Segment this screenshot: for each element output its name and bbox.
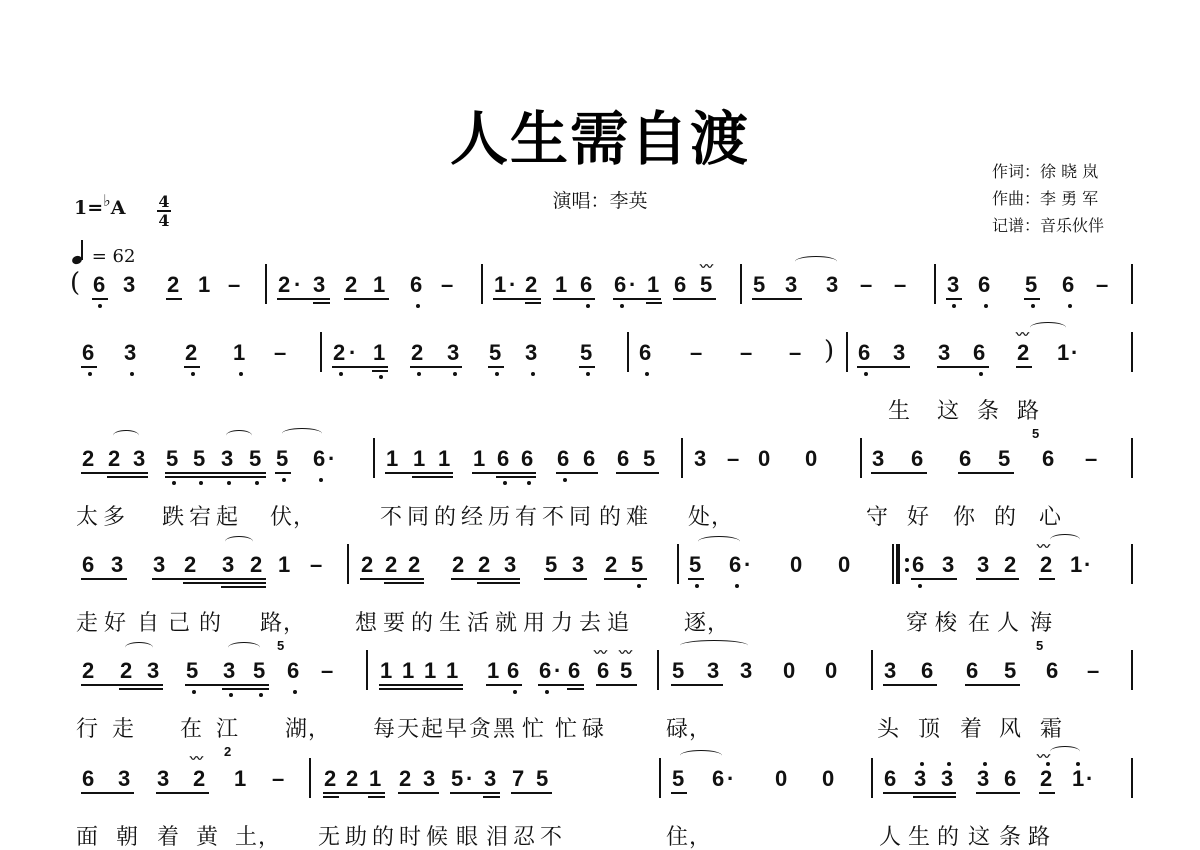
low-dot — [952, 304, 956, 308]
note: 5 — [643, 446, 655, 472]
lyric: 的 — [372, 820, 395, 850]
underline — [165, 472, 266, 474]
note: 5 — [536, 766, 548, 792]
note: 3 — [124, 340, 136, 366]
mordent-icon: 〰 — [619, 642, 629, 661]
note: 3 — [504, 552, 516, 578]
note: 6 — [497, 446, 509, 472]
note: 5 — [186, 658, 198, 684]
high-dot — [1076, 762, 1080, 766]
note: 1 — [446, 658, 458, 684]
note: 5 — [998, 446, 1010, 472]
barline — [1131, 264, 1133, 304]
transcriber-credit: 记谱：音乐伙伴 — [992, 212, 1104, 239]
low-dot — [199, 481, 203, 485]
dash: – — [228, 272, 240, 298]
note: 6 — [82, 766, 94, 792]
lyric: 在 — [968, 606, 991, 637]
underline — [553, 298, 595, 300]
lyric: 追 — [607, 606, 630, 637]
barline — [1131, 544, 1133, 584]
underline — [185, 684, 269, 686]
slur — [125, 642, 153, 653]
note: 5 — [672, 658, 684, 684]
dot: · — [349, 340, 356, 366]
low-dot — [293, 690, 297, 694]
note: 2 — [1040, 552, 1052, 578]
underline — [496, 476, 536, 478]
note: 3 — [222, 552, 234, 578]
low-dot — [586, 304, 590, 308]
low-dot — [227, 481, 231, 485]
lyric: 着 — [157, 820, 180, 850]
lyric: 天 — [397, 712, 420, 743]
rest: 0 — [825, 658, 837, 684]
low-dot — [453, 372, 457, 376]
low-dot — [192, 690, 196, 694]
underline — [871, 472, 927, 474]
note: 1 — [473, 446, 485, 472]
note: 2 — [333, 340, 345, 366]
lyric: 历 — [488, 500, 511, 531]
dash: – — [1096, 272, 1108, 298]
barline — [265, 264, 267, 304]
underline — [384, 582, 424, 584]
lyric: 江 — [216, 712, 239, 743]
barline — [373, 438, 375, 478]
note: 6 — [912, 552, 924, 578]
barline — [1131, 650, 1133, 690]
note: 3 — [694, 446, 706, 472]
note: 3 — [123, 272, 135, 298]
open-paren: ( — [70, 268, 80, 298]
barline — [846, 332, 848, 372]
slur — [228, 642, 260, 653]
note: 5 — [753, 272, 765, 298]
low-dot — [339, 372, 343, 376]
low-dot — [645, 372, 649, 376]
underline — [107, 476, 148, 478]
underline — [937, 366, 989, 368]
underline — [379, 688, 463, 690]
lyric: 忙 — [555, 712, 578, 743]
note: 5 — [489, 340, 501, 366]
slur — [225, 536, 253, 547]
slur — [1050, 534, 1080, 545]
note: 6 — [617, 446, 629, 472]
dot: · — [554, 658, 561, 684]
lyric: 早 — [445, 712, 468, 743]
dash: – — [789, 340, 801, 366]
lyric: 黑 — [493, 712, 516, 743]
lyric: 忍 — [513, 820, 536, 850]
underline — [671, 684, 723, 686]
dot: · — [1071, 340, 1078, 366]
barline — [481, 264, 483, 304]
low-dot — [379, 375, 383, 379]
note: 6 — [639, 340, 651, 366]
note: 3 — [707, 658, 719, 684]
barline — [740, 264, 742, 304]
note: 2 — [1040, 766, 1052, 792]
note: 1 — [198, 272, 210, 298]
note: 6 — [1004, 766, 1016, 792]
lyric: 自 — [137, 606, 160, 637]
lyric: 去 — [579, 606, 602, 637]
underline — [913, 796, 956, 798]
note: 1 — [1057, 340, 1069, 366]
lyric: 贪 — [469, 712, 492, 743]
underline — [752, 298, 802, 300]
note: 2 — [411, 340, 423, 366]
barline — [347, 544, 349, 584]
note: 3 — [133, 446, 145, 472]
dash: – — [321, 658, 333, 684]
lyric: 助 — [345, 820, 368, 850]
lyricist-credit: 作词：徐 晓 岚 — [992, 158, 1104, 185]
notes-row-3: 2 2 3 5 5 3 5 5 6 · 1 1 1 1 6 6 6 6 6 5 — [0, 436, 1200, 486]
underline — [673, 298, 716, 300]
rest: 0 — [822, 766, 834, 792]
note: 6 — [568, 658, 580, 684]
low-dot — [735, 584, 739, 588]
note: 2 — [193, 766, 205, 792]
note: 6 — [674, 272, 686, 298]
time-signature: 4 4 — [157, 193, 171, 229]
low-dot — [503, 481, 507, 485]
lyric: 这 — [968, 820, 991, 850]
note: 1 — [1070, 552, 1082, 578]
dot: · — [328, 446, 335, 472]
underline — [613, 298, 661, 300]
barline — [1131, 438, 1133, 478]
underline — [410, 366, 462, 368]
underline — [857, 366, 910, 368]
underline — [81, 684, 163, 686]
note: 3 — [947, 272, 959, 298]
underline — [525, 302, 541, 304]
repeat-dot — [905, 558, 909, 562]
lyric: 黄 — [196, 820, 219, 850]
dot: · — [294, 272, 301, 298]
note: 2 — [478, 552, 490, 578]
slur — [226, 430, 252, 441]
low-dot — [563, 478, 567, 482]
lyric: 的 — [411, 606, 434, 637]
note: 2 — [82, 658, 94, 684]
barline — [657, 650, 659, 690]
lyric: 时 — [399, 820, 422, 850]
note: 2 — [278, 272, 290, 298]
note: 2 — [324, 766, 336, 792]
dash: – — [1085, 446, 1097, 472]
mordent-icon: 〰 — [190, 748, 200, 767]
time-bottom: 4 — [157, 212, 171, 229]
lyric: 这 — [937, 394, 960, 425]
note: 3 — [484, 766, 496, 792]
note: 3 — [977, 552, 989, 578]
lyric: 的 — [434, 500, 457, 531]
note: 3 — [111, 552, 123, 578]
dash: – — [1087, 658, 1099, 684]
note: 3 — [157, 766, 169, 792]
note: 5 — [631, 552, 643, 578]
lyric: 起 — [216, 500, 239, 531]
underline — [360, 578, 424, 580]
note: 2 — [82, 446, 94, 472]
note: 1 — [380, 658, 392, 684]
note: 6 — [410, 272, 422, 298]
note: 1 — [234, 766, 246, 792]
slur — [680, 640, 748, 651]
underline — [277, 298, 330, 300]
note: 5 — [620, 658, 632, 684]
low-dot — [191, 372, 195, 376]
dot: · — [1084, 552, 1091, 578]
note: 5 — [276, 446, 288, 472]
note: 3 — [893, 340, 905, 366]
note: 3 — [223, 658, 235, 684]
lyric: 多 — [103, 500, 126, 531]
flat-icon: ♭ — [103, 191, 111, 210]
note: 6 — [521, 446, 533, 472]
dot: · — [629, 272, 636, 298]
lyric: 路 — [1017, 394, 1040, 425]
notes-row-4: 6 3 3 2 3 2 1 – 2 2 2 2 2 3 5 3 2 5 5 6 … — [0, 542, 1200, 592]
lyric: 路， — [260, 606, 306, 637]
underline — [488, 366, 504, 368]
lyric: 碌， — [666, 712, 712, 743]
note: 5 — [1004, 658, 1016, 684]
lyric: 风 — [999, 712, 1022, 743]
lyric: 心 — [1039, 500, 1062, 531]
note: 1 — [413, 446, 425, 472]
underline — [221, 586, 266, 588]
low-dot — [282, 478, 286, 482]
note: 3 — [147, 658, 159, 684]
slur — [113, 430, 139, 441]
lyric: 守 — [866, 500, 889, 531]
notes-row-1: ( 6 3 2 1 – 2 · 3 2 1 6 – 1 · 2 1 6 6 · … — [0, 262, 1200, 312]
note: 1 — [233, 340, 245, 366]
note: 2 — [361, 552, 373, 578]
underline — [671, 792, 687, 794]
lyric: 好 — [104, 606, 127, 637]
high-dot — [920, 762, 924, 766]
note: 1 — [373, 272, 385, 298]
underline — [958, 472, 1014, 474]
dash: – — [860, 272, 872, 298]
lyric: 同 — [569, 500, 592, 531]
low-dot — [172, 481, 176, 485]
low-dot — [1031, 304, 1035, 308]
note: 3 — [872, 446, 884, 472]
lyric: 梭 — [935, 606, 958, 637]
note: 5 — [253, 658, 265, 684]
lyric: 路 — [1028, 820, 1051, 850]
lyric: 不 — [540, 820, 563, 850]
lyric: 走 — [76, 606, 99, 637]
lyric: 穿 — [906, 606, 929, 637]
notes-row-2: 6 3 2 1 – 2 · 1 2 3 5 3 5 6 – – – — [0, 330, 1200, 380]
low-dot — [88, 372, 92, 376]
mordent-icon: 〰 — [1037, 746, 1047, 765]
note: 6 — [313, 446, 325, 472]
rest: 0 — [790, 552, 802, 578]
dot: · — [509, 272, 516, 298]
lyric: 湖， — [285, 712, 331, 743]
lyric: 走 — [112, 712, 135, 743]
underline — [616, 472, 659, 474]
note: 5 — [700, 272, 712, 298]
underline — [477, 582, 520, 584]
note: 6 — [580, 272, 592, 298]
lyric: 霜 — [1040, 712, 1063, 743]
underline — [486, 684, 522, 686]
note: 3 — [447, 340, 459, 366]
lyric: 难 — [626, 500, 649, 531]
underline — [372, 370, 388, 372]
low-dot — [984, 304, 988, 308]
underline — [398, 792, 439, 794]
dash: – — [274, 340, 286, 366]
grace-note: 5 — [277, 638, 284, 653]
low-dot — [545, 690, 549, 694]
lyric: 生 — [908, 820, 931, 850]
lyric: 处， — [688, 500, 734, 531]
key-prefix: 1= — [74, 197, 103, 219]
rest: 0 — [758, 446, 770, 472]
lyric: 逐， — [684, 606, 730, 637]
underline — [646, 302, 662, 304]
note: 2 — [525, 272, 537, 298]
note: 3 — [914, 766, 926, 792]
note: 6 — [287, 658, 299, 684]
note: 3 — [942, 552, 954, 578]
underline — [81, 578, 127, 580]
lyric: 太 — [76, 500, 99, 531]
note: 1 — [1072, 766, 1084, 792]
barline — [659, 758, 661, 798]
barline — [681, 438, 683, 478]
key-signature: 1=♭A — [74, 197, 125, 219]
note: 3 — [977, 766, 989, 792]
high-dot — [947, 762, 951, 766]
note: 6 — [1042, 446, 1054, 472]
underline — [688, 578, 704, 580]
low-dot — [495, 372, 499, 376]
note: 2 — [605, 552, 617, 578]
note: 1 — [369, 766, 381, 792]
lyric: 跌 — [162, 500, 185, 531]
barline — [871, 758, 873, 798]
lyric: 生 — [439, 606, 462, 637]
dash: – — [690, 340, 702, 366]
note: 2 — [120, 658, 132, 684]
note: 5 — [580, 340, 592, 366]
underline — [412, 476, 453, 478]
note: 2 — [345, 272, 357, 298]
barline — [366, 650, 368, 690]
lyric: 朝 — [116, 820, 139, 850]
low-dot — [918, 584, 922, 588]
note: 3 — [118, 766, 130, 792]
note: 2 — [346, 766, 358, 792]
note: 3 — [826, 272, 838, 298]
underline — [883, 684, 937, 686]
lyric: 有 — [515, 500, 538, 531]
note: 1 — [555, 272, 567, 298]
tie — [698, 536, 740, 547]
note: 1 — [278, 552, 290, 578]
dash: – — [894, 272, 906, 298]
note: 6 — [1062, 272, 1074, 298]
underline — [165, 476, 266, 478]
low-dot — [319, 478, 323, 482]
note: 2 — [167, 272, 179, 298]
dash: – — [272, 766, 284, 792]
barline — [627, 332, 629, 372]
underline — [976, 578, 1019, 580]
underline — [385, 472, 453, 474]
lyric: 无 — [318, 820, 341, 850]
note: 1 — [494, 272, 506, 298]
lyric: 用 — [523, 606, 546, 637]
note: 5 — [545, 552, 557, 578]
dot: · — [466, 766, 473, 792]
low-dot — [259, 693, 263, 697]
note: 3 — [525, 340, 537, 366]
low-dot — [527, 481, 531, 485]
slur — [282, 428, 322, 439]
note: 1 — [402, 658, 414, 684]
underline — [1039, 792, 1055, 794]
underline — [152, 578, 266, 580]
note: 3 — [740, 658, 752, 684]
underline — [538, 684, 584, 686]
rest: 0 — [783, 658, 795, 684]
low-dot — [1068, 304, 1072, 308]
underline — [483, 796, 500, 798]
lyric: 经 — [461, 500, 484, 531]
low-dot — [586, 372, 590, 376]
underline — [1016, 366, 1032, 368]
lyric: 面 — [76, 820, 99, 850]
note: 5 — [451, 766, 463, 792]
underline — [946, 298, 962, 300]
underline — [119, 688, 163, 690]
note: 6 — [858, 340, 870, 366]
rest: 0 — [775, 766, 787, 792]
low-dot — [229, 693, 233, 697]
lyric: 起 — [421, 712, 444, 743]
lyric: 力 — [551, 606, 574, 637]
note: 2 — [185, 340, 197, 366]
key-note: A — [111, 197, 126, 219]
underline — [156, 792, 209, 794]
barline — [677, 544, 679, 584]
underline — [183, 582, 266, 584]
lyric: 的 — [599, 500, 622, 531]
underline — [556, 472, 598, 474]
grace-note: 5 — [1032, 426, 1039, 441]
underline — [313, 302, 330, 304]
note: 6 — [82, 552, 94, 578]
lyric: 眼 — [456, 820, 479, 850]
note: 3 — [313, 272, 325, 298]
lyric: 着 — [960, 712, 983, 743]
underline — [493, 298, 541, 300]
